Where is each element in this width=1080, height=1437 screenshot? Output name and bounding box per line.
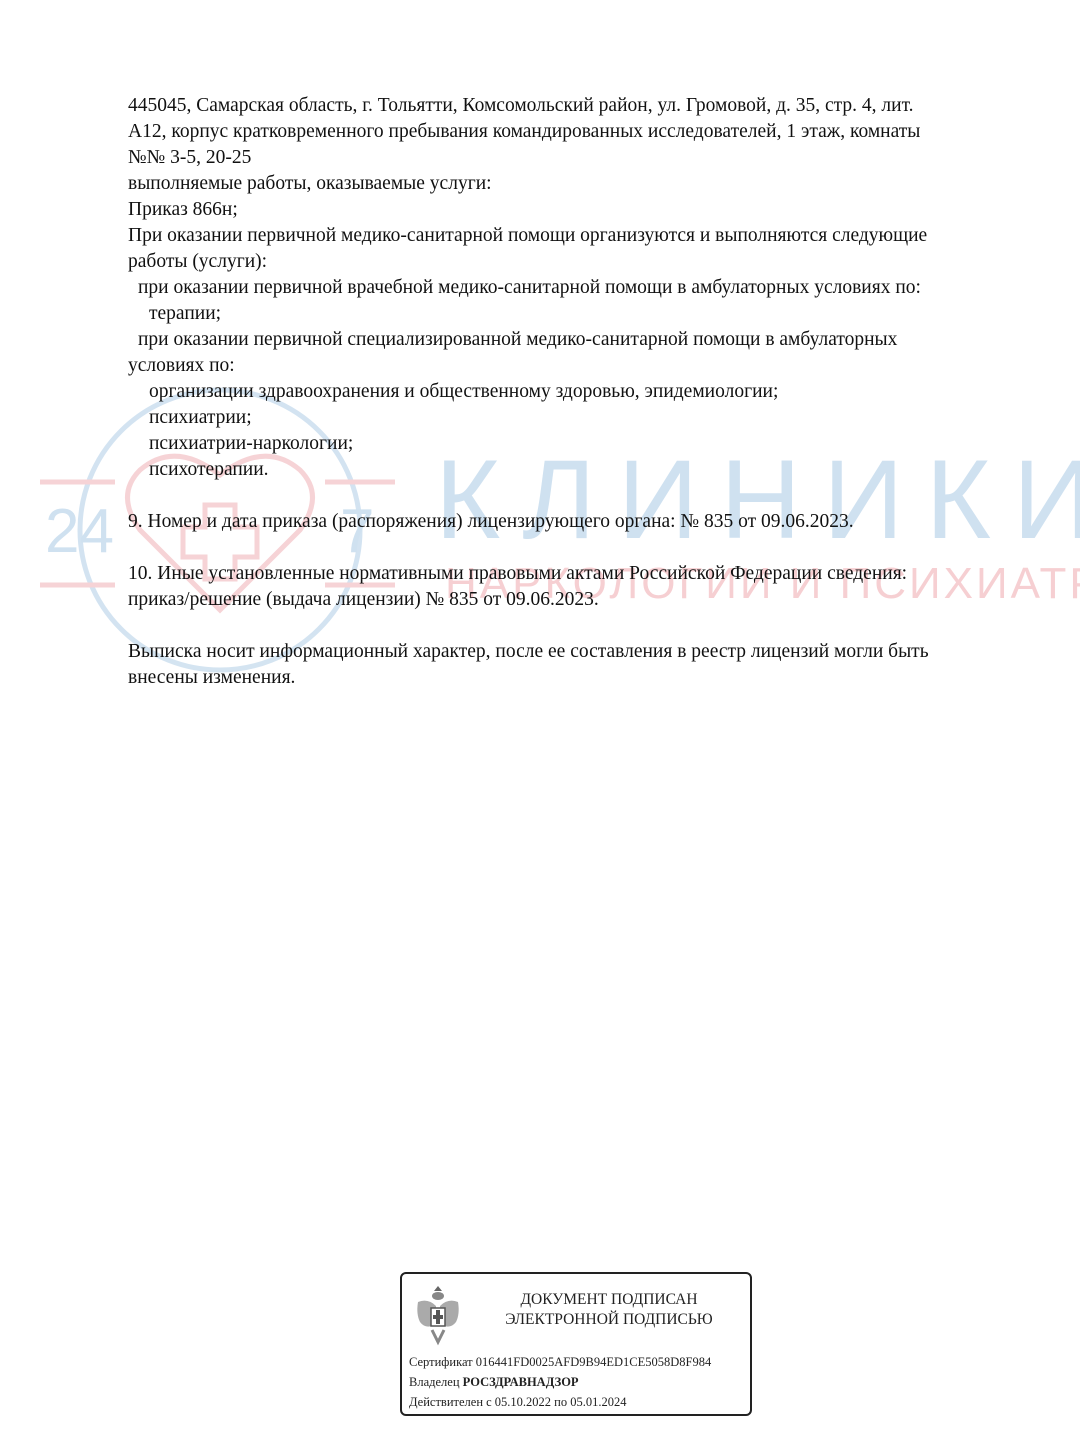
section-10: 10. Иные установленные нормативными прав…: [128, 561, 1028, 587]
primary-care-heading: при оказании первичной врачебной медико-…: [128, 275, 1028, 301]
intro-line: При оказании первичной медико-санитарной…: [128, 223, 1028, 249]
owner-row: Владелец РОСЗДРАВНАДЗОР: [409, 1372, 711, 1392]
certificate-number: 016441FD0025AFD9B94ED1CE5058D8F984: [476, 1355, 711, 1369]
service-item: психотерапии.: [128, 457, 1028, 483]
signature-title: ДОКУМЕНТ ПОДПИСАН ЭЛЕКТРОННОЙ ПОДПИСЬЮ: [494, 1290, 724, 1330]
address-line: №№ 3-5, 20-25: [128, 145, 1028, 171]
specialized-care-heading: при оказании первичной специализированно…: [128, 327, 1028, 353]
watermark-number-left: 24: [45, 497, 114, 566]
owner-name: РОСЗДРАВНАДЗОР: [463, 1375, 579, 1389]
license-extract-text: 445045, Самарская область, г. Тольятти, …: [128, 93, 1028, 691]
section-9: 9. Номер и дата приказа (распоряжения) л…: [128, 509, 1028, 535]
certificate-label: Сертификат: [409, 1355, 473, 1369]
electronic-signature-stamp: ДОКУМЕНТ ПОДПИСАН ЭЛЕКТРОННОЙ ПОДПИСЬЮ С…: [400, 1272, 752, 1416]
section-10-cont: приказ/решение (выдача лицензии) № 835 о…: [128, 587, 1028, 613]
service-item: терапии;: [128, 301, 1028, 327]
specialized-care-heading-cont: условиях по:: [128, 353, 1028, 379]
service-item: психиатрии;: [128, 405, 1028, 431]
intro-line: работы (услуги):: [128, 249, 1028, 275]
service-item: организации здравоохранения и общественн…: [128, 379, 1028, 405]
disclaimer-note-cont: внесены изменения.: [128, 665, 1028, 691]
validity-row: Действителен с 05.10.2022 по 05.01.2024: [409, 1392, 711, 1412]
address-line: А12, корпус кратковременного пребывания …: [128, 119, 1028, 145]
coat-of-arms-icon: [414, 1284, 462, 1346]
address-line: 445045, Самарская область, г. Тольятти, …: [128, 93, 1028, 119]
owner-label: Владелец: [409, 1375, 460, 1389]
service-item: психиатрии-наркологии;: [128, 431, 1028, 457]
certificate-row: Сертификат 016441FD0025AFD9B94ED1CE5058D…: [409, 1352, 711, 1372]
works-label: выполняемые работы, оказываемые услуги:: [128, 171, 1028, 197]
disclaimer-note: Выписка носит информационный характер, п…: [128, 639, 1028, 665]
order-reference: Приказ 866н;: [128, 197, 1028, 223]
